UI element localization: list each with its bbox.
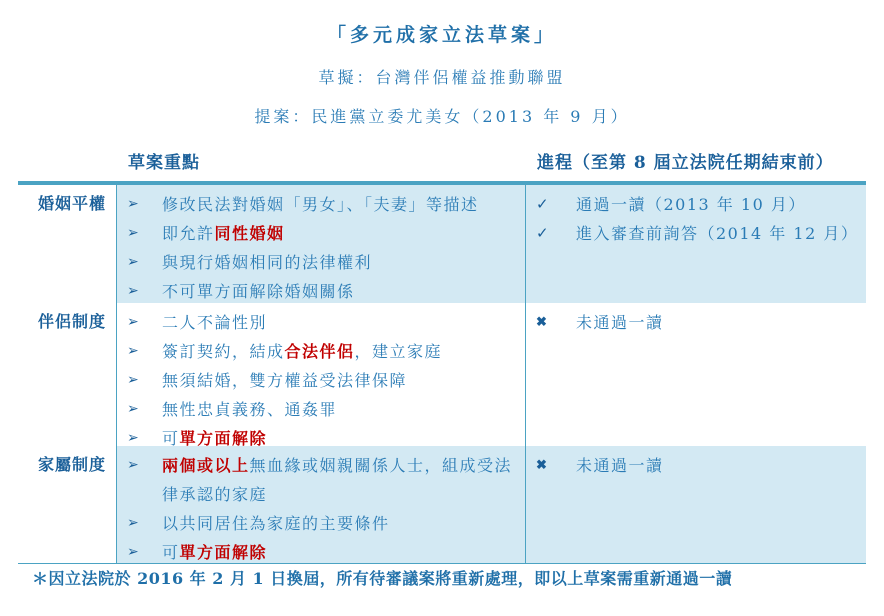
list-item: ➢兩個或以上無血緣或姻親關係人士，組成受法律承認的家庭 — [127, 451, 525, 509]
drafted-by: 草擬：台灣伴侶權益推動聯盟 — [0, 65, 884, 88]
table-row-marriage: 婚姻平權 ➢修改民法對婚姻「男女」、「夫妻」等描述 ➢即允許同性婚姻 ➢與現行婚… — [18, 185, 866, 303]
progress-cell: ✖未通過一讀 — [526, 303, 866, 446]
table-row-household: 家屬制度 ➢兩個或以上無血緣或姻親關係人士，組成受法律承認的家庭 ➢以共同居住為… — [18, 446, 866, 563]
proposed-by: 提案：民進黨立委尤美女（2013 年 9 月） — [0, 104, 884, 127]
progress-item: ✓進入審查前詢答（2014 年 12 月） — [536, 219, 866, 248]
check-icon: ✓ — [536, 219, 576, 248]
points-cell: ➢兩個或以上無血緣或姻親關係人士，組成受法律承認的家庭 ➢以共同居住為家庭的主要… — [117, 446, 526, 563]
arrow-bullet-icon: ➢ — [127, 308, 162, 337]
list-item: ➢簽訂契約，結成合法伴侶，建立家庭 — [127, 337, 525, 366]
page-title: 「多元成家立法草案」 — [0, 20, 884, 47]
list-item: ➢二人不論性別 — [127, 308, 525, 337]
arrow-bullet-icon: ➢ — [127, 219, 162, 248]
category-label: 家屬制度 — [18, 446, 117, 563]
check-icon: ✓ — [536, 190, 576, 219]
points-cell: ➢修改民法對婚姻「男女」、「夫妻」等描述 ➢即允許同性婚姻 ➢與現行婚姻相同的法… — [117, 185, 526, 303]
list-item: ➢修改民法對婚姻「男女」、「夫妻」等描述 — [127, 190, 525, 219]
header-points: 草案重點 — [128, 148, 200, 173]
arrow-bullet-icon: ➢ — [127, 509, 162, 538]
list-item: ➢無須結婚，雙方權益受法律保障 — [127, 366, 525, 395]
progress-item: ✖未通過一讀 — [536, 308, 866, 337]
cross-icon: ✖ — [536, 308, 576, 337]
list-item: ➢無性忠貞義務、通姦罪 — [127, 395, 525, 424]
category-label: 婚姻平權 — [18, 185, 117, 303]
header-progress: 進程（至第 8 屆立法院任期結束前） — [537, 148, 834, 173]
list-item: ➢與現行婚姻相同的法律權利 — [127, 248, 525, 277]
arrow-bullet-icon: ➢ — [127, 190, 162, 219]
progress-cell: ✖未通過一讀 — [526, 446, 866, 563]
list-item: ➢以共同居住為家庭的主要條件 — [127, 509, 525, 538]
arrow-bullet-icon: ➢ — [127, 395, 162, 424]
list-item: ➢不可單方面解除婚姻關係 — [127, 277, 525, 306]
table-row-partnership: 伴侶制度 ➢二人不論性別 ➢簽訂契約，結成合法伴侶，建立家庭 ➢無須結婚，雙方權… — [18, 303, 866, 446]
progress-cell: ✓通過一讀（2013 年 10 月） ✓進入審查前詢答（2014 年 12 月） — [526, 185, 866, 303]
arrow-bullet-icon: ➢ — [127, 451, 162, 509]
arrow-bullet-icon: ➢ — [127, 366, 162, 395]
progress-item: ✖未通過一讀 — [536, 451, 866, 480]
arrow-bullet-icon: ➢ — [127, 538, 162, 567]
cross-icon: ✖ — [536, 451, 576, 480]
arrow-bullet-icon: ➢ — [127, 337, 162, 366]
arrow-bullet-icon: ➢ — [127, 248, 162, 277]
category-label: 伴侶制度 — [18, 303, 117, 446]
progress-item: ✓通過一讀（2013 年 10 月） — [536, 190, 866, 219]
proposal-table: 婚姻平權 ➢修改民法對婚姻「男女」、「夫妻」等描述 ➢即允許同性婚姻 ➢與現行婚… — [18, 181, 866, 564]
footnote: ＊因立法院於 2016 年 2 月 1 日換屆，所有待審議案將重新處理，即以上草… — [32, 566, 732, 589]
list-item: ➢可單方面解除 — [127, 538, 525, 567]
list-item: ➢即允許同性婚姻 — [127, 219, 525, 248]
arrow-bullet-icon: ➢ — [127, 277, 162, 306]
points-cell: ➢二人不論性別 ➢簽訂契約，結成合法伴侶，建立家庭 ➢無須結婚，雙方權益受法律保… — [117, 303, 526, 446]
